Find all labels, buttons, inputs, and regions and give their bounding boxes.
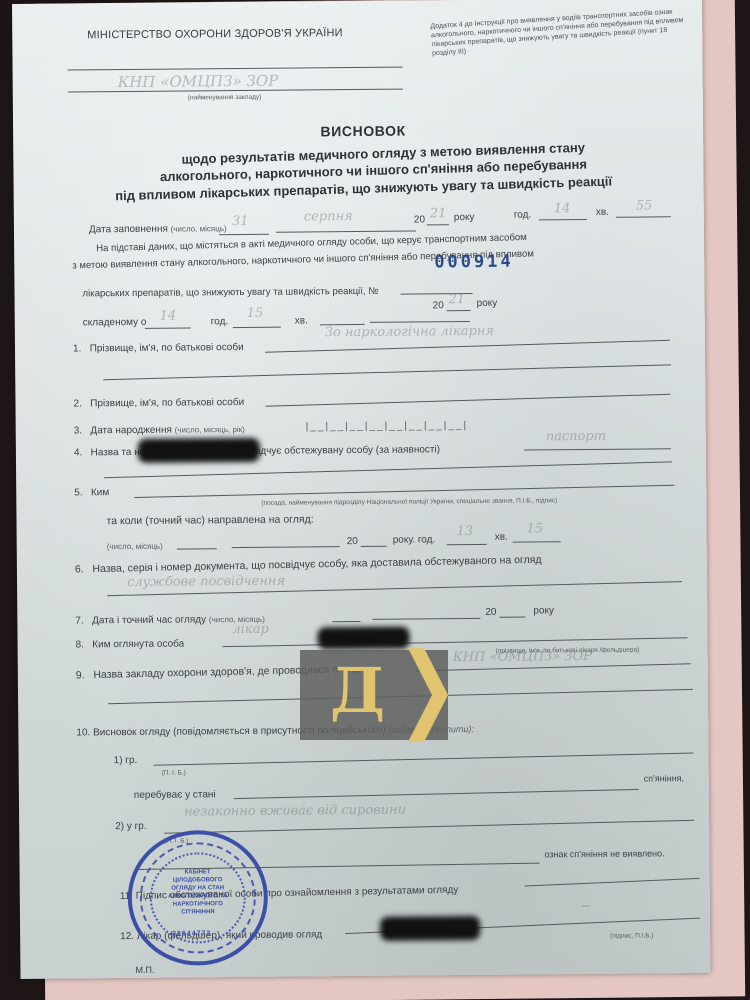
item-5: 5. Ким [74, 487, 109, 498]
fill-year-handwritten: 21 [430, 206, 447, 221]
redacted-document-number [138, 438, 260, 463]
composed-hour-handwritten: 14 [160, 309, 177, 324]
medical-conclusion-form: МІНІСТЕРСТВО ОХОРОНИ ЗДОРОВ'Я УКРАЇНИ КН… [12, 0, 710, 979]
composed-label: складеному о [83, 317, 147, 329]
conclusion-state-label: перебуває у стані [134, 789, 216, 801]
conclusion-option-1-label: 1) гр. [114, 755, 138, 766]
item-5-min-label: хв. [495, 532, 508, 543]
watermark-letter: Д [330, 654, 385, 727]
chevron-right-icon [408, 648, 448, 742]
composed-min-handwritten: 15 [247, 306, 264, 321]
item-4-handwritten: паспорт [546, 429, 606, 445]
fill-min-label: хв. [596, 207, 609, 218]
redacted-doctor-signature-name [380, 916, 480, 941]
item-5-hour-handwritten: 13 [457, 524, 474, 539]
item-5-min-handwritten: 15 [527, 521, 544, 536]
conclusion-no-signs: ознак сп'яніння не виявлено. [544, 848, 664, 859]
appendix-note: Додаток 4 до Інструкції про виявлення у … [430, 6, 692, 58]
stamp-code: 38644773 [172, 930, 211, 937]
institution-handwritten: КНП «ОМЦПЗ» ЗОР [118, 72, 279, 91]
fill-month-handwritten: серпня [304, 209, 353, 224]
composed-year-suffix: року [477, 298, 498, 309]
stamp-text: КАБІНЕТ ЦІЛОДОБОВОГО ОГЛЯДУ НА СТАН АЛКО… [168, 868, 228, 917]
conclusion-option-2-handwritten: незаконно вживає від сировини [184, 803, 406, 820]
item-1-handwritten: Зо наркологічна лікарня [325, 324, 494, 340]
fill-hour-handwritten: 14 [554, 201, 571, 216]
item-8-handwritten: лікар [232, 622, 268, 637]
institution-caption: (найменування закладу) [188, 94, 262, 102]
doctor-signature: ~ [580, 899, 591, 914]
item-5-hint: (посада, найменування підрозділу Націона… [261, 497, 557, 507]
conclusion-option-2-label: 2) у гр. [115, 821, 147, 832]
fill-hour-label: год. [514, 209, 531, 220]
composed-hour-label: год. [211, 316, 228, 327]
signature-hint: (підпис, П.І.Б.) [610, 932, 653, 939]
redacted-doctor-name [317, 627, 409, 650]
conclusion-option-1-hint: (П. І. Б.) [162, 770, 186, 777]
composed-year-prefix: 20 [433, 300, 444, 311]
item-5-when-label: та коли (точний час) направлена на огляд… [106, 513, 313, 527]
act-number-stamp: 000914 [434, 252, 514, 273]
item-5-year-suffix: року. год. [393, 534, 436, 545]
fill-date-row: Дата заповнення (число, місяць) [89, 223, 227, 235]
conclusion-intox-word: сп'яніння, [644, 773, 684, 783]
item-9-handwritten: КНП «ОМЦПЗ» ЗОР [453, 649, 592, 665]
item-3: 3. Дата народження (число, місяць, рік) [74, 424, 245, 436]
composed-year-handwritten: 21 [449, 292, 466, 307]
publisher-watermark-logo: Д [300, 650, 448, 740]
fill-min-handwritten: 55 [636, 198, 653, 213]
item-5-date-row: (число, місяць) [107, 541, 163, 552]
fill-day-handwritten: 31 [232, 214, 249, 229]
fill-year-prefix: 20 [414, 214, 425, 225]
seal-label: М.П. [135, 965, 154, 975]
fill-year-suffix: року [454, 212, 475, 223]
item-7-year-suffix: року [533, 605, 554, 616]
item-5-year-prefix: 20 [347, 536, 358, 547]
official-seal-stamp: КАБІНЕТ ЦІЛОДОБОВОГО ОГЛЯДУ НА СТАН АЛКО… [127, 830, 268, 966]
item-7-year-prefix: 20 [485, 607, 496, 618]
ministry-header: МІНІСТЕРСТВО ОХОРОНИ ЗДОРОВ'Я УКРАЇНИ [87, 27, 343, 41]
item-2: 2. Прізвище, ім'я, по батькові особи [73, 397, 244, 409]
item-8: 8. Ким оглянута особа [76, 639, 185, 651]
item-6: 6. Назва, серія і номер документа, що по… [75, 554, 542, 576]
birthdate-boxes: |__|__|__|__|__|__|__|__| [306, 420, 468, 432]
item-1: 1. Прізвище, ім'я, по батькові особи [73, 342, 244, 354]
basis-line-3: лікарських препаратів, що знижують увагу… [82, 286, 378, 300]
composed-min-label: хв. [295, 315, 308, 326]
item-6-handwritten: службове посвідчення [127, 574, 285, 590]
